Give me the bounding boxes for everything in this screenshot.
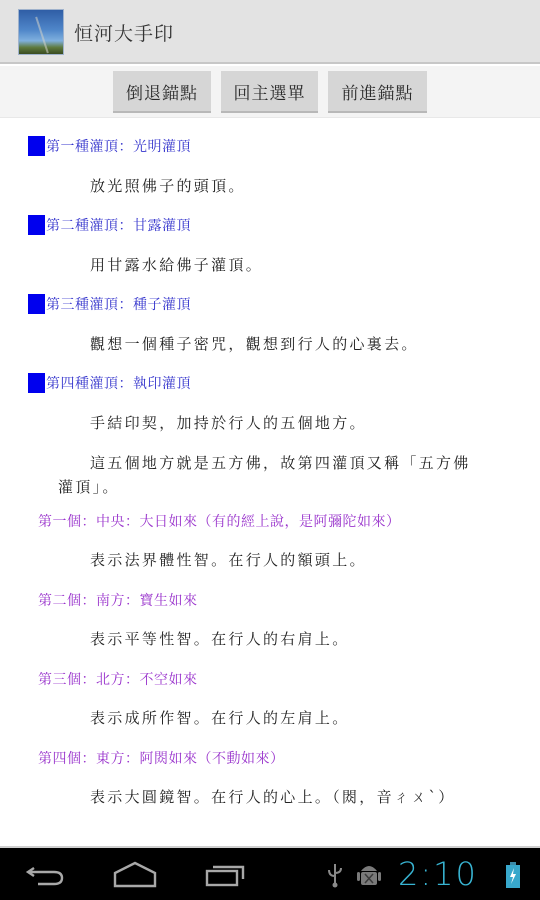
place-heading: 第一個：中央：大日如來（有的經上說，是阿彌陀如來） (38, 512, 401, 532)
app-landscape-icon[interactable] (18, 9, 64, 55)
blue-square-bullet-icon (28, 215, 45, 235)
usb-icon (327, 862, 343, 888)
next-anchor-button[interactable]: 前進錨點 (328, 71, 427, 113)
back-icon[interactable] (24, 860, 68, 888)
action-bar: 恒河大手印 (0, 0, 540, 64)
previous-anchor-button[interactable]: 倒退錨點 (113, 71, 211, 113)
section-heading: 第三種灌頂：種子灌頂 (28, 294, 191, 314)
blue-square-bullet-icon (28, 373, 45, 393)
blue-square-bullet-icon (28, 136, 45, 156)
recent-apps-icon[interactable] (204, 860, 246, 888)
battery-charging-icon (506, 862, 520, 888)
place-body: 表示法界體性智。在行人的額頭上。 (58, 548, 488, 572)
main-menu-button[interactable]: 回主選單 (221, 71, 318, 113)
anchor-button-bar: 倒退錨點 回主選單 前進錨點 (0, 66, 540, 118)
section-body: 放光照佛子的頭頂。 (58, 174, 488, 198)
section-heading: 第二種灌頂：甘露灌頂 (28, 215, 191, 235)
place-heading: 第三個：北方：不空如來 (38, 670, 198, 690)
section-heading-text: 第二種灌頂：甘露灌頂 (46, 215, 191, 235)
section-heading: 第一種灌頂：光明灌頂 (28, 136, 191, 156)
place-heading: 第二個：南方：寶生如來 (38, 591, 198, 611)
section-body: 觀想一個種子密咒，觀想到行人的心裏去。 (58, 332, 518, 356)
section-body: 用甘露水給佛子灌頂。 (58, 253, 488, 277)
section-body: 手結印契，加持於行人的五個地方。 (58, 411, 488, 435)
place-body: 表示成所作智。在行人的左肩上。 (58, 706, 488, 730)
system-navigation-bar: 2:10 (0, 846, 540, 900)
place-body: 表示平等性智。在行人的右肩上。 (58, 627, 488, 651)
place-body: 表示大圓鏡智。在行人的心上。（閦，音ㄔㄨˋ） (58, 785, 473, 809)
app-title: 恒河大手印 (74, 19, 174, 46)
section-heading: 第四種灌頂：執印灌頂 (28, 373, 191, 393)
section-body-continued: 這五個地方就是五方佛，故第四灌頂又稱「五方佛灌頂」。 (58, 451, 478, 499)
status-clock: 2:10 (398, 855, 478, 893)
place-heading: 第四個：東方：阿閦如來（不動如來） (38, 749, 285, 769)
home-icon[interactable] (112, 860, 158, 890)
scroll-content[interactable]: 第一種灌頂：光明灌頂 放光照佛子的頭頂。 第二種灌頂：甘露灌頂 用甘露水給佛子灌… (0, 118, 540, 846)
blue-square-bullet-icon (28, 294, 45, 314)
section-heading-text: 第三種灌頂：種子灌頂 (46, 294, 191, 314)
android-debug-icon (357, 861, 381, 889)
section-heading-text: 第四種灌頂：執印灌頂 (46, 373, 191, 393)
section-heading-text: 第一種灌頂：光明灌頂 (46, 136, 191, 156)
